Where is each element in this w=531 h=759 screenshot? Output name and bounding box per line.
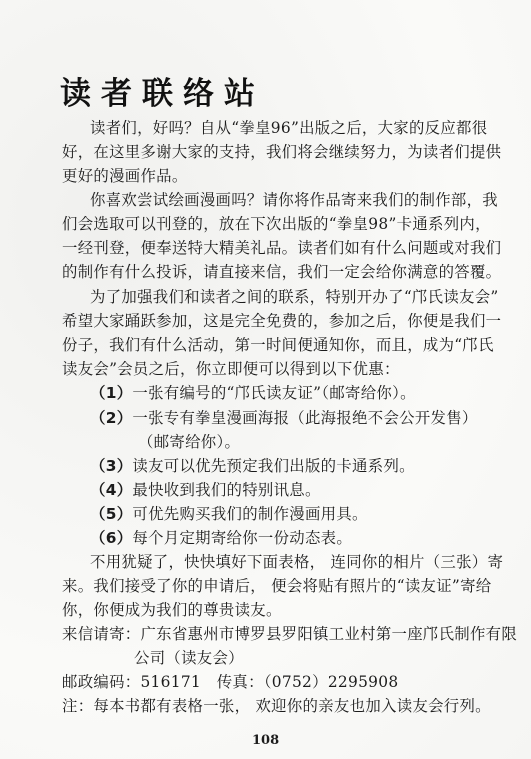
document-page: 读者联络站 读者们，好吗？自从“拳皇96”出版之后，大家的反应都很 好，在这里多… — [0, 0, 531, 759]
page-title: 读者联络站 — [60, 68, 265, 113]
paragraph-line: 的制作有什么投诉，请直接来信，我们一定会给你满意的答覆。 — [62, 260, 501, 282]
paragraph-line: 好，在这里多谢大家的支持，我们将会继续努力，为读者们提供 — [62, 140, 501, 162]
benefit-number: （5） — [90, 505, 132, 523]
benefit-item-1: （1）一张有编号的“邝氏读友证”（邮寄给你）。 — [90, 381, 416, 403]
paragraph-line: 们会选取可以刊登的，放在下次出版的“拳皇98”卡通系列内， — [62, 212, 491, 234]
contact-info: 邮政编码：516171 传真：（0752）2295908 — [62, 670, 398, 692]
benefit-number: （6） — [90, 529, 132, 547]
closing-line: 不用犹疑了，快快填好下面表格， 连同你的相片（三张）寄 — [90, 550, 503, 572]
paragraph-line: 更好的漫画作品。 — [62, 164, 188, 186]
paragraph-line: 读者们，好吗？自从“拳皇96”出版之后，大家的反应都很 — [90, 116, 487, 138]
benefit-item-5: （5）可优先购买我们的制作漫画用具。 — [90, 502, 368, 524]
page-number: 108 — [252, 733, 279, 748]
benefit-item-6: （6）每个月定期寄给你一份动态表。 — [90, 526, 352, 548]
address-line: 来信请寄：广东省惠州市博罗县罗阳镇工业村第一座邝氏制作有限 — [62, 622, 517, 644]
paragraph-line: 希望大家踊跃参加，这是完全免费的，参加之后，你便是我们一 — [62, 309, 501, 331]
closing-line: 你，你便成为我们的尊贵读友。 — [62, 598, 282, 620]
address-line-cont: 公司（读友会） — [134, 646, 244, 668]
benefit-number: （3） — [90, 457, 132, 475]
paragraph-line: 你喜欢尝试绘画漫画吗？请你将作品寄来我们的制作部，我 — [90, 188, 498, 210]
benefit-item-3: （3）读友可以优先预定我们出版的卡通系列。 — [90, 454, 415, 476]
benefit-item-4: （4）最快收到我们的特别讯息。 — [90, 478, 321, 500]
paragraph-line: 读友会”会员之后，你立即便可以得到以下优惠： — [62, 357, 400, 379]
benefit-item-2: （2）一张专有拳皇漫画海报（此海报绝不会公开发售） — [90, 406, 478, 428]
closing-line: 来。我们接受了你的申请后， 便会将贴有照片的“读友证”寄给 — [62, 574, 492, 596]
benefit-number: （1） — [90, 384, 132, 402]
benefit-number: （2） — [90, 409, 132, 427]
benefit-item-2-cont: （邮寄给你）。 — [138, 430, 240, 452]
paragraph-line: 份子，我们有什么活动，第一时间便通知你，而且，成为“邝氏 — [62, 333, 494, 355]
note: 注：每本书都有表格一张， 欢迎你的亲友也加入读友会行列。 — [62, 694, 491, 716]
benefit-number: （4） — [90, 481, 132, 499]
paragraph-line: 一经刊登，便奉送特大精美礼品。读者们如有什么问题或对我们 — [62, 236, 501, 258]
paragraph-line: 为了加强我们和读者之间的联系，特别开办了“邝氏读友会” — [90, 285, 499, 307]
